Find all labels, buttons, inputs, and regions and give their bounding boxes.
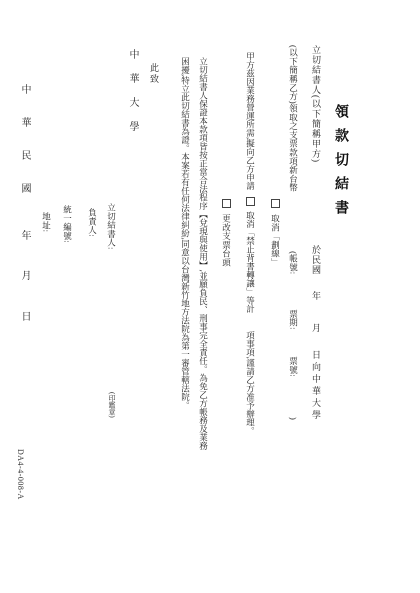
roc-date-line: 中華民國年月日 (19, 84, 29, 321)
cheque-date-label: 票期: (289, 309, 299, 329)
jurisdiction-text: 困擾,特立此切結書為證。本案若有任何法律糾紛,同意以台灣新竹地方法院為第一審管轄… (181, 57, 191, 410)
cheque-amount-text: (以下簡稱乙方)領取之支票款項新台幣 (289, 45, 299, 192)
roc-text: 中華民國 (19, 84, 30, 216)
request-text: 甲方茲因業務營運所需,擬向乙方申請 (246, 52, 256, 190)
manager-field-label: 負責人: (88, 208, 98, 237)
blank-date-year (316, 275, 317, 291)
cancel-endorsement-label-cont: 項事項,謹請乙方准予辦理。 (246, 331, 256, 435)
day-university-text: 日向中華大學 (311, 350, 321, 422)
document-page: 領款切結書 立切結書人(以下簡稱甲方)於民國年月日向中華大學 (以下簡稱乙方)領… (0, 0, 420, 593)
checkbox-item-cancel-crossing: 取消「劃線」 (271, 199, 280, 267)
blank-field (316, 163, 317, 245)
seal-note-text: (印鑑章) (108, 392, 116, 418)
seal-note: (印鑑章) (108, 392, 115, 418)
body-line-request: 甲方茲因業務營運所需,擬向乙方申請取消「禁止背書轉讓」等計項事項,謹請乙方准予辦… (246, 52, 255, 435)
document-title-text: 領款切結書 (333, 104, 348, 224)
month-label: 月 (311, 323, 321, 333)
change-payee-checkbox[interactable] (222, 199, 231, 208)
blank-account-no (293, 274, 294, 309)
month-label: 月 (19, 270, 30, 280)
closing-salutation-text: 此致 (149, 63, 159, 85)
body-line-cheque-info: (以下簡稱乙方)領取之支票款項新台幣(帳號:票期:票號:) (289, 45, 298, 420)
tax-id-field-label: 統一編號: (63, 205, 73, 243)
blank-cheque-date (293, 330, 294, 357)
cancel-endorsement-label: 取消「禁止背書轉讓」等計 (246, 211, 256, 313)
closing-paren: ) (289, 417, 299, 420)
change-payee-label: 更改支票台頭 (222, 214, 232, 267)
form-code: DA4-4-008-A (16, 449, 24, 500)
body-line-jurisdiction: 困擾,特立此切結書為證。本案若有任何法律糾紛,同意以台灣新竹地方法院為第一審管轄… (181, 57, 190, 410)
blank-item-count (250, 313, 251, 331)
blank-date-month (316, 301, 317, 323)
blank-date-day (24, 280, 25, 311)
day-label: 日 (19, 311, 30, 321)
checkbox-item-change-payee: 更改支票台頭 (222, 199, 231, 267)
closing-salutation: 此致 (149, 63, 158, 85)
year-label: 年 (311, 291, 321, 301)
cancel-crossing-checkbox[interactable] (271, 199, 280, 208)
cancel-endorsement-checkbox[interactable] (246, 197, 255, 206)
tax-id-field: 統一編號: (63, 205, 72, 243)
year-label: 年 (19, 230, 30, 240)
signer-field: 立切結書人: (107, 203, 116, 250)
signer-field-label: 立切結書人: (107, 203, 117, 250)
blank-date-day (316, 333, 317, 350)
blank-date-month (24, 240, 25, 270)
manager-field: 負責人: (88, 208, 97, 237)
university-name-text: 中華大學 (127, 49, 138, 145)
blank-amount (293, 192, 294, 251)
cheque-no-label: 票號: (289, 357, 299, 377)
guarantee-text: 立切結書人保證本款項皆按正當合法程序【兌現與使用】,並願負民、刑事完全責任。為免… (199, 57, 209, 450)
form-code-text: DA4-4-008-A (16, 449, 25, 500)
university-name: 中華大學 (127, 49, 137, 145)
address-field-label: 地址: (42, 212, 52, 232)
document-title: 領款切結書 (333, 104, 347, 224)
blank-date-year (24, 216, 25, 230)
opening-party-text: 立切結書人(以下簡稱甲方) (311, 45, 321, 163)
blank-field (250, 190, 251, 197)
body-line-guarantee: 立切結書人保證本款項皆按正當合法程序【兌現與使用】,並願負民、刑事完全責任。為免… (199, 57, 208, 450)
cancel-crossing-label: 取消「劃線」 (271, 214, 281, 267)
account-no-label: (帳號: (289, 251, 299, 274)
roc-era-text: 於民國 (311, 245, 321, 275)
blank-cheque-no (293, 377, 294, 417)
address-field: 地址: (42, 212, 51, 232)
body-line-opening: 立切結書人(以下簡稱甲方)於民國年月日向中華大學 (311, 45, 320, 422)
